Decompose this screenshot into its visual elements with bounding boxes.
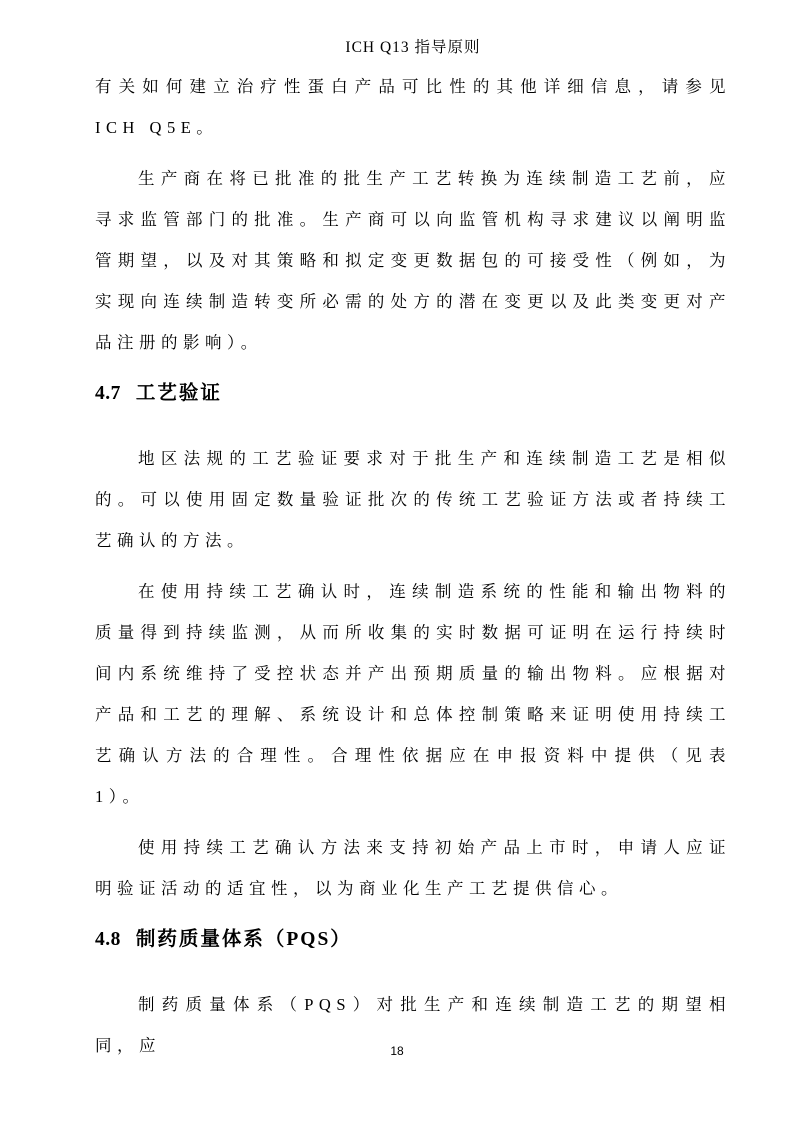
section-title: 工艺验证 <box>136 383 222 404</box>
section-number: 4.7 <box>95 383 121 404</box>
section-title: 制药质量体系（PQS） <box>136 929 352 950</box>
document-header-title: ICH Q13 指导原则 <box>95 37 731 59</box>
paragraph: 在使用持续工艺确认时，连续制造系统的性能和输出物料的质量得到持续监测，从而所收集… <box>95 571 731 817</box>
paragraph: 地区法规的工艺验证要求对于批生产和连续制造工艺是相似的。可以使用固定数量验证批次… <box>95 438 731 561</box>
page-number: 18 <box>0 1044 794 1059</box>
section-heading-4-8: 4.8制药质量体系（PQS） <box>95 926 731 954</box>
section-number: 4.8 <box>95 929 121 950</box>
section-heading-4-7: 4.7工艺验证 <box>95 380 731 408</box>
paragraph: 使用持续工艺确认方法来支持初始产品上市时，申请人应证明验证活动的适宜性，以为商业… <box>95 827 731 909</box>
document-body: 有关如何建立治疗性蛋白产品可比性的其他详细信息，请参见 ICH Q5E。生产商在… <box>95 66 731 1066</box>
document-page: { "header": { "title": "ICH Q13 指导原则" },… <box>0 0 794 1123</box>
paragraph: 有关如何建立治疗性蛋白产品可比性的其他详细信息，请参见 ICH Q5E。 <box>95 66 731 148</box>
paragraph: 生产商在将已批准的批生产工艺转换为连续制造工艺前，应寻求监管部门的批准。生产商可… <box>95 158 731 363</box>
